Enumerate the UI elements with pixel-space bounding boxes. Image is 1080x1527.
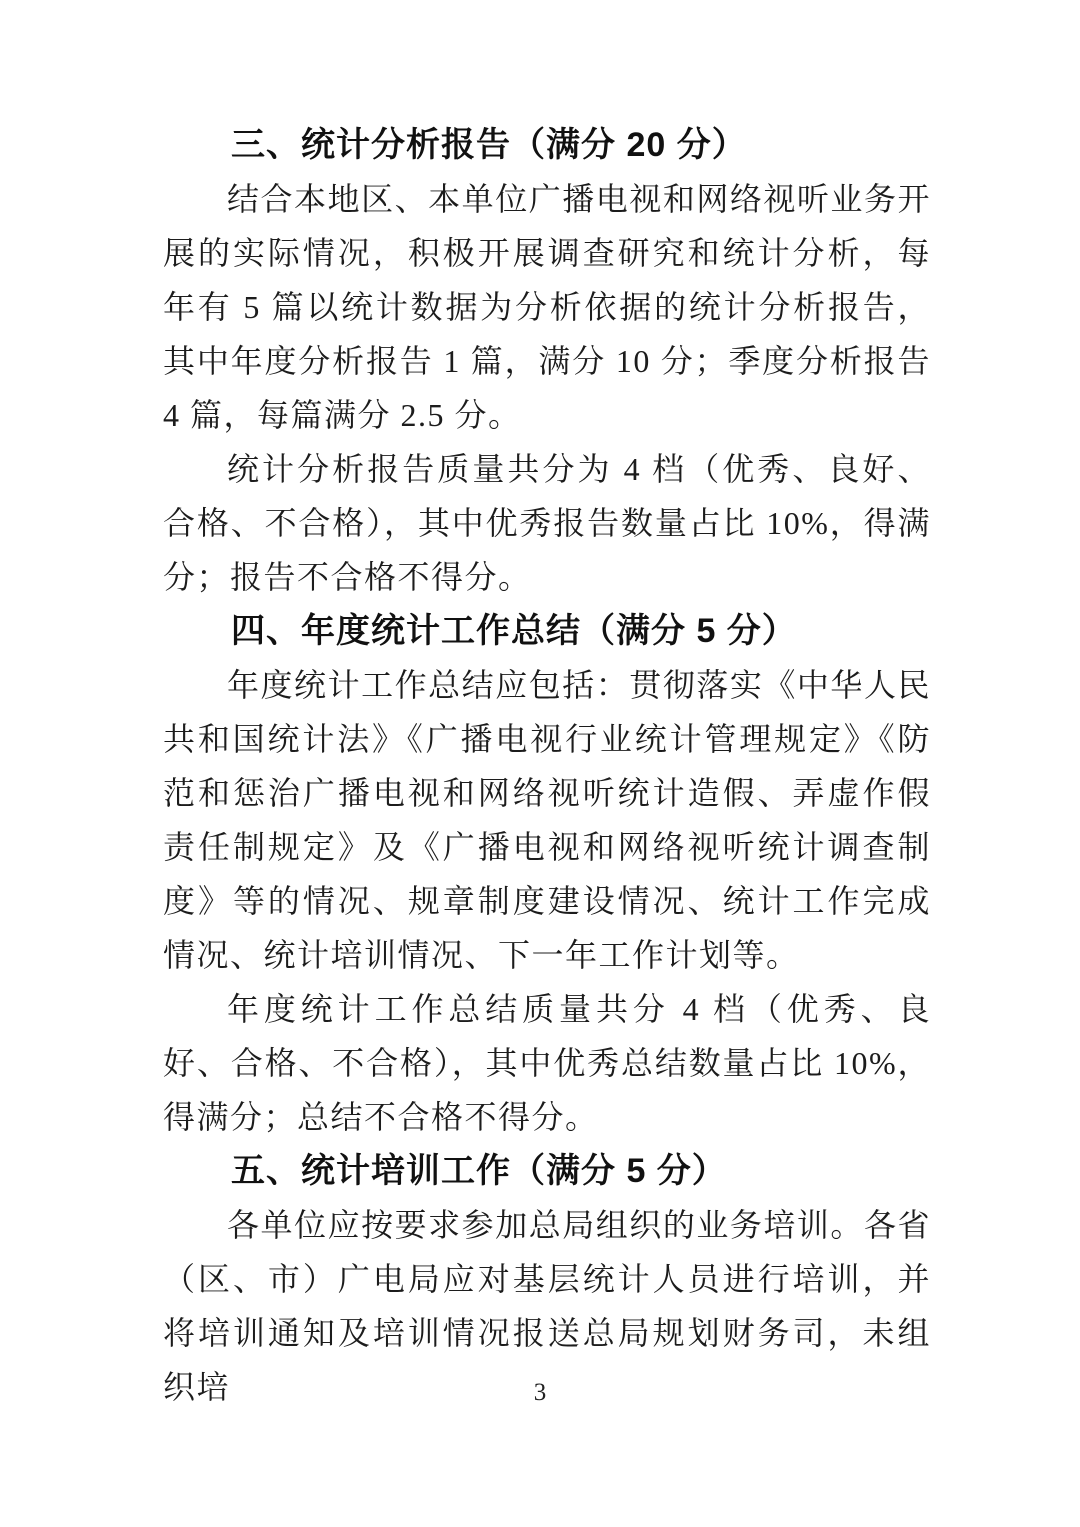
document-page: 三、统计分析报告（满分 20 分） 结合本地区、本单位广播电视和网络视听业务开展… <box>0 0 1080 1527</box>
section-4-paragraph-1: 年度统计工作总结应包括：贯彻落实《中华人民共和国统计法》《广播电视行业统计管理规… <box>163 658 931 982</box>
section-3-paragraph-2: 统计分析报告质量共分为 4 档（优秀、良好、合格、不合格），其中优秀报告数量占比… <box>163 442 931 604</box>
section-3-paragraph-1: 结合本地区、本单位广播电视和网络视听业务开展的实际情况，积极开展调查研究和统计分… <box>163 172 931 442</box>
page-number: 3 <box>0 1378 1080 1408</box>
document-body: 三、统计分析报告（满分 20 分） 结合本地区、本单位广播电视和网络视听业务开展… <box>163 118 931 1414</box>
section-heading-5: 五、统计培训工作（满分 5 分） <box>163 1144 931 1198</box>
section-heading-3: 三、统计分析报告（满分 20 分） <box>163 118 931 172</box>
section-4-paragraph-2: 年度统计工作总结质量共分 4 档（优秀、良好、合格、不合格），其中优秀总结数量占… <box>163 982 931 1144</box>
section-heading-4: 四、年度统计工作总结（满分 5 分） <box>163 604 931 658</box>
